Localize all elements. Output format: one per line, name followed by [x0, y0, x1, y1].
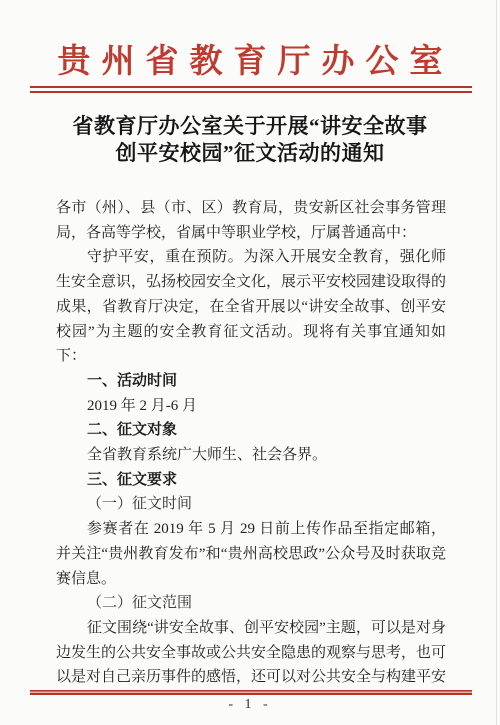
- page-number: - 1 -: [0, 696, 500, 714]
- body-paragraph: 各市（州）、县（市、区）教育局，贵安新区社会事务管理局，各高等学校，省属中等职业…: [56, 196, 446, 245]
- document-title-line-2: 创平安校园”征文活动的通知: [30, 140, 470, 167]
- body-paragraph: 三、征文要求: [56, 468, 446, 493]
- body-paragraph: 参赛者在 2019 年 5 月 29 日前上传作品至指定邮箱，并关注“贵州教育发…: [56, 517, 446, 591]
- body-paragraph: （二）征文范围: [56, 591, 446, 616]
- footer-divider: [30, 690, 472, 695]
- letterhead-title: 贵州省教育厅办公室: [0, 42, 500, 82]
- body-paragraph: 2019 年 2 月-6 月: [56, 394, 446, 419]
- document-page: 贵州省教育厅办公室 省教育厅办公室关于开展“讲安全故事 创平安校园”征文活动的通…: [0, 0, 500, 725]
- body-paragraph: 二、征文对象: [56, 418, 446, 443]
- letterhead-divider: [30, 86, 472, 93]
- body-paragraph: 守护平安，重在预防。为深入开展安全教育，强化师生安全意识，弘扬校园安全文化，展示…: [56, 245, 446, 369]
- body-paragraph: 征文围绕“讲安全故事、创平安校园”主题，可以是对身边发生的公共安全事故或公共安全…: [56, 616, 446, 692]
- body-paragraph: （一）征文时间: [56, 492, 446, 517]
- body-paragraph: 全省教育系统广大师生、社会各界。: [56, 443, 446, 468]
- scan-edge-line: [496, 0, 497, 725]
- body-paragraph: 一、活动时间: [56, 369, 446, 394]
- document-title-line-1: 省教育厅办公室关于开展“讲安全故事: [30, 113, 470, 140]
- document-body: 各市（州）、县（市、区）教育局，贵安新区社会事务管理局，各高等学校，省属中等职业…: [56, 196, 446, 692]
- document-title: 省教育厅办公室关于开展“讲安全故事 创平安校园”征文活动的通知: [30, 113, 470, 167]
